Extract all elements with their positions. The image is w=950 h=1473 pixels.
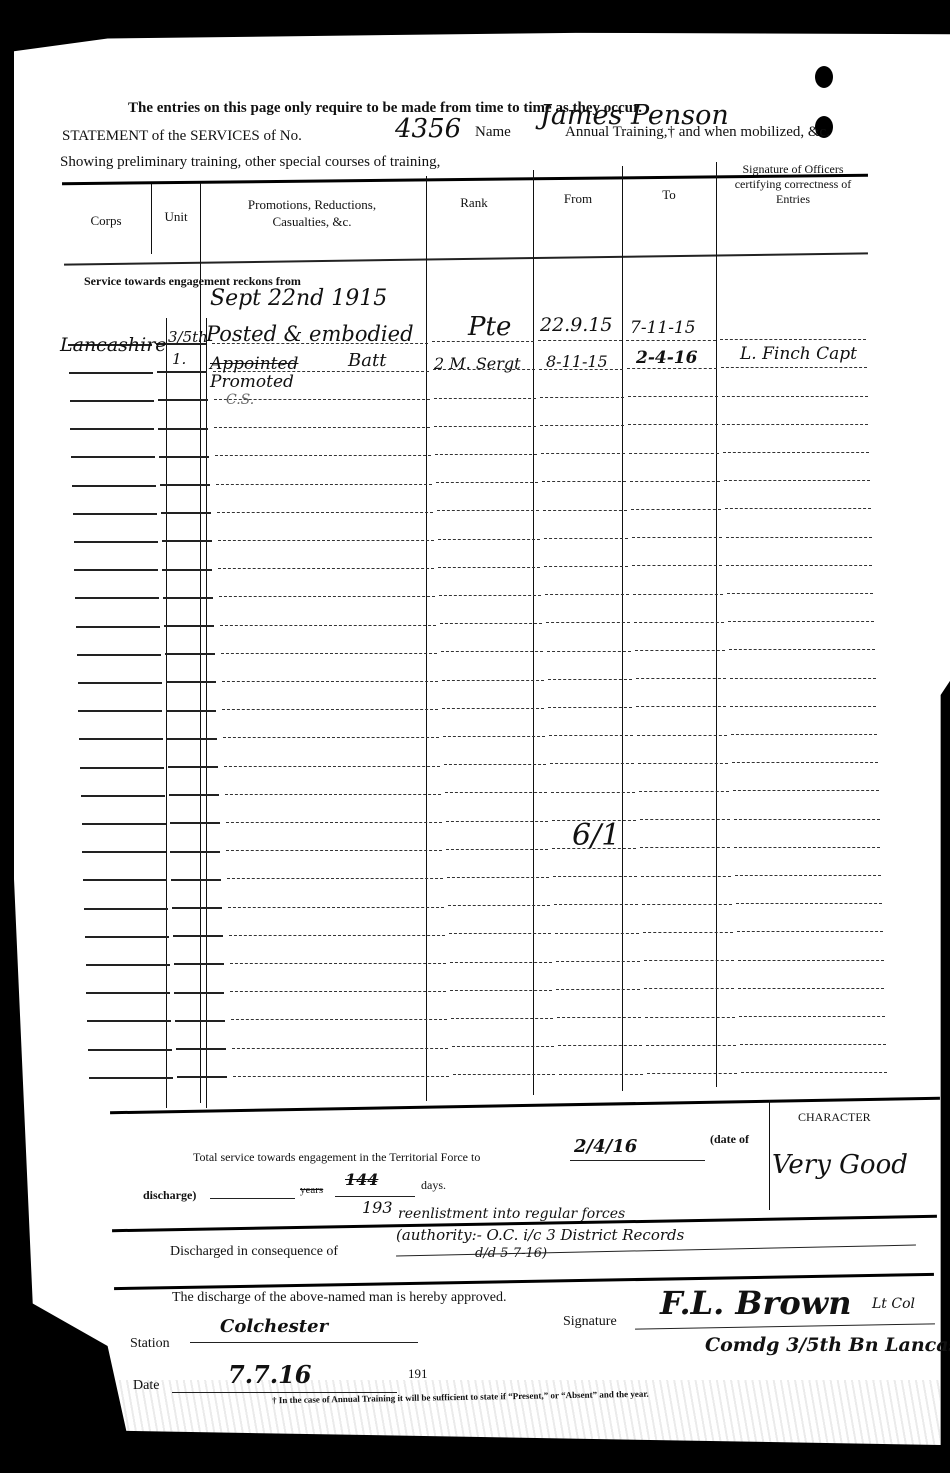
year-prefix: 191 [408, 1366, 428, 1382]
table-rule-line [165, 653, 215, 655]
character-value: Very Good [772, 1150, 908, 1180]
table-rule-line [639, 791, 729, 792]
table-rule-line [222, 709, 438, 710]
table-rule-line [214, 427, 430, 428]
signature-title: Comdg 3/5th Bn Lancashire [705, 1334, 950, 1356]
table-rule-line [444, 764, 546, 765]
date-of-label: (date of [710, 1132, 749, 1147]
table-rule-line [450, 990, 552, 991]
table-rule-line [735, 875, 881, 876]
table-rule-line [437, 510, 539, 511]
table-rule-line [89, 1077, 173, 1079]
table-rule-line [630, 481, 720, 482]
table-rule-line [217, 512, 433, 513]
row2-to: 2-4-16 [636, 348, 697, 368]
table-rule-line [227, 878, 443, 879]
table-rule-line [442, 708, 544, 709]
table-rule-line [627, 368, 717, 369]
table-rule-line [626, 340, 716, 341]
table-rule-line [177, 1076, 227, 1078]
table-rule-line [637, 735, 727, 736]
table-rule-line [559, 1074, 643, 1075]
table-rule-line [734, 847, 880, 848]
table-rule-line [549, 735, 633, 736]
table-rule-line [438, 567, 540, 568]
table-rule-line [727, 593, 873, 594]
total-service-date: 2/4/16 [574, 1136, 637, 1157]
table-rule-line [725, 508, 871, 509]
table-rule-line [73, 513, 157, 515]
table-rule-line [628, 424, 718, 425]
years-field [210, 1198, 295, 1199]
table-rule-line [555, 933, 639, 934]
table-rule-line [449, 933, 551, 934]
discharge-label: discharge) [143, 1188, 196, 1203]
signature-label: Signature [563, 1314, 617, 1330]
table-rule-line [724, 480, 870, 481]
table-rule-line [216, 484, 432, 485]
table-rule-line [164, 625, 214, 627]
table-rule-line [174, 992, 224, 994]
table-rule-line [729, 649, 875, 650]
table-rule-line [731, 734, 877, 735]
table-rule-line [440, 623, 542, 624]
table-rule-line [557, 1017, 641, 1018]
signature-value: F.L. Brown [660, 1284, 851, 1322]
table-rule-line [722, 396, 868, 397]
table-rule-line [636, 678, 726, 679]
table-rule-line [640, 847, 730, 848]
table-rule-line [174, 963, 224, 965]
table-rule-line [543, 510, 627, 511]
table-rule-line [175, 1020, 225, 1022]
table-rule-line [540, 397, 624, 398]
table-rule-line [723, 452, 869, 453]
table-rule-line [87, 1020, 171, 1022]
row1-rank: Pte [468, 312, 511, 342]
table-rule-line [167, 738, 217, 740]
table-rule-line [732, 762, 878, 763]
table-rule-line [168, 766, 218, 768]
table-rule-line [733, 790, 879, 791]
table-rule-line [721, 367, 867, 368]
table-rule-line [78, 710, 162, 712]
days-struck: 144 [345, 1170, 378, 1189]
table-rule-line [541, 453, 625, 454]
discharged-label: Discharged in consequence of [170, 1244, 338, 1260]
row1-from: 22.9.15 [540, 314, 613, 336]
table-rule-line [740, 1044, 886, 1045]
table-rule-line [88, 1049, 172, 1051]
table-rule-line [738, 960, 884, 961]
table-rule-line [220, 625, 436, 626]
date-label: Date [133, 1378, 159, 1394]
table-rule-line [225, 794, 441, 795]
table-rule-line [169, 794, 219, 796]
table-rule-line [230, 963, 446, 964]
table-rule-line [739, 1016, 885, 1017]
table-rule-line [218, 568, 434, 569]
table-rule-line [730, 678, 876, 679]
character-label: CHARACTER [798, 1110, 871, 1125]
name-label: Name [475, 124, 511, 141]
table-rule-line [86, 964, 170, 966]
table-rule-line [726, 565, 872, 566]
signature-rank: Lt Col [872, 1296, 915, 1312]
table-rule-line [171, 879, 221, 881]
table-rule-line [442, 680, 544, 681]
table-rule-line [644, 988, 734, 989]
col-header-to: To [624, 186, 714, 203]
table-rule-line [215, 455, 431, 456]
table-rule-line [221, 653, 437, 654]
years-label: years [300, 1184, 323, 1196]
table-rule-line [436, 482, 538, 483]
col-header-signature: Signature of Officers certifying correct… [718, 162, 868, 207]
row2-event-struck: Appointed [210, 354, 298, 374]
table-rule-line [445, 792, 547, 793]
table-rule-line [176, 1048, 226, 1050]
table-rule-line [69, 372, 153, 374]
table-rule-line [85, 936, 169, 938]
statement-suffix: Annual Training,† and when mobilized, &c… [565, 124, 830, 141]
table-rule-line [545, 594, 629, 595]
table-rule-line [558, 1045, 642, 1046]
table-rule-line [72, 485, 156, 487]
row2-event-note: C.S. [226, 392, 254, 408]
col-header-from: From [534, 190, 622, 207]
table-rule-line [83, 879, 167, 881]
total-service-date-field [570, 1160, 705, 1161]
row2-event-extra: Batt [348, 350, 386, 371]
table-rule-line [71, 456, 155, 458]
table-rule-line [553, 876, 637, 877]
table-rule-line [70, 400, 154, 402]
table-rule-line [633, 594, 723, 595]
table-rule-line [550, 763, 634, 764]
col-header-rank: Rank [426, 194, 522, 211]
reckons-date: Sept 22nd 1915 [210, 286, 387, 311]
table-rule-line [542, 481, 626, 482]
station-label: Station [130, 1336, 170, 1352]
table-rule-line [434, 426, 536, 427]
table-rule-line [222, 681, 438, 682]
table-rule-line [722, 424, 868, 425]
table-rule-line [439, 595, 541, 596]
table-rule-line [640, 819, 730, 820]
table-rule-line [443, 736, 545, 737]
table-rule-line [438, 539, 540, 540]
col-header-corps: Corps [62, 212, 150, 229]
table-rule-line [448, 905, 550, 906]
table-rule-line [226, 850, 442, 851]
table-rule-line [230, 991, 446, 992]
table-rule-line [551, 792, 635, 793]
table-rule-line [447, 877, 549, 878]
table-rule-line [645, 1017, 735, 1018]
table-rule-line [224, 766, 440, 767]
row2-rank: 2 M. Sergt [434, 354, 521, 373]
table-rule-line [641, 876, 731, 877]
table-rule-line [446, 821, 548, 822]
col-divider [151, 184, 152, 254]
table-rule-line [726, 537, 872, 538]
table-rule-line [233, 1076, 449, 1077]
approved-text: The discharge of the above-named man is … [172, 1290, 506, 1306]
row1-event: Posted & embodied [206, 322, 414, 346]
row2-unit: 1. [172, 350, 186, 368]
table-rule-line [74, 569, 158, 571]
statement-prefix: STATEMENT of the SERVICES of No. [62, 128, 302, 145]
table-rule-line [166, 681, 216, 683]
col-divider [166, 318, 167, 1108]
table-rule-line [434, 398, 536, 399]
table-rule-line [74, 541, 158, 543]
discharged-reason-line1: reenlistment into regular forces [398, 1206, 625, 1222]
table-rule-line [219, 596, 435, 597]
row2-from: 8-11-15 [546, 352, 608, 371]
table-rule-line [82, 851, 166, 853]
margin-mark: 6/1 [572, 818, 620, 853]
table-rule-line [158, 428, 208, 430]
col-divider [716, 162, 717, 1087]
row1-unit: 3/5th [168, 328, 208, 346]
table-rule-line [435, 454, 537, 455]
table-rule-line [730, 706, 876, 707]
days-value: 193 [362, 1198, 393, 1217]
table-rule-line [632, 537, 722, 538]
col-divider [206, 318, 207, 1108]
col-header-unit: Unit [152, 208, 200, 225]
table-rule-line [738, 988, 884, 989]
table-rule-line [223, 737, 439, 738]
row2-event: Promoted [210, 372, 294, 392]
table-rule-line [162, 569, 212, 571]
table-rule-line [728, 621, 874, 622]
table-rule-line [226, 822, 442, 823]
table-rule-line [70, 428, 154, 430]
station-field [190, 1342, 418, 1343]
table-rule-line [84, 908, 168, 910]
table-rule-line [157, 371, 207, 373]
table-rule-line [548, 707, 632, 708]
table-rule-line [78, 682, 162, 684]
character-divider [769, 1100, 770, 1210]
discharged-reason-line2: (authority:- O.C. i/c 3 District Records [396, 1226, 684, 1244]
table-rule-line [441, 651, 543, 652]
table-rule-line [544, 538, 628, 539]
table-rule-line [556, 961, 640, 962]
punch-hole [815, 66, 833, 88]
col-divider [533, 170, 534, 1095]
table-rule-line [544, 566, 628, 567]
table-rule-line [547, 651, 631, 652]
table-rule-line [453, 1074, 555, 1075]
table-rule-line [80, 767, 164, 769]
table-rule-line [634, 622, 724, 623]
table-rule-line [160, 484, 210, 486]
table-rule-line [647, 1073, 737, 1074]
table-rule-line [162, 540, 212, 542]
table-rule-line [228, 907, 444, 908]
table-rule-line [166, 710, 216, 712]
row1-to: 7-11-15 [630, 318, 696, 338]
table-rule-line [159, 456, 209, 458]
table-rule-line [450, 962, 552, 963]
service-number: 4356 [395, 114, 461, 144]
table-rule-line [538, 340, 622, 341]
table-rule-line [642, 904, 732, 905]
header-subtitle: Showing preliminary training, other spec… [60, 154, 440, 171]
table-rule-line [173, 935, 223, 937]
date-value: 7.7.16 [228, 1360, 312, 1389]
row1-corps: Lancashire [60, 334, 167, 356]
table-rule-line [158, 399, 208, 401]
table-rule-line [643, 932, 733, 933]
table-rule-line [75, 597, 159, 599]
table-rule-line [81, 795, 165, 797]
col-divider [622, 166, 623, 1091]
table-rule-line [82, 823, 166, 825]
table-rule-line [170, 822, 220, 824]
table-rule-line [638, 763, 728, 764]
table-rule-line [546, 622, 630, 623]
table-rule-line [172, 907, 222, 909]
table-rule-line [232, 1048, 448, 1049]
days-field [335, 1196, 415, 1197]
table-rule-line [452, 1046, 554, 1047]
table-rule-line [632, 565, 722, 566]
table-rule-line [229, 935, 445, 936]
table-rule-line [163, 597, 213, 599]
table-rule-line [636, 706, 726, 707]
table-rule-line [161, 512, 211, 514]
table-rule-line [86, 992, 170, 994]
table-rule-line [629, 453, 719, 454]
table-rule-line [631, 509, 721, 510]
table-rule-line [170, 851, 220, 853]
days-label: days. [421, 1178, 446, 1193]
row2-signature: L. Finch Capt [740, 344, 857, 364]
station-value: Colchester [220, 1316, 328, 1337]
table-rule-line [628, 396, 718, 397]
table-rule-line [635, 650, 725, 651]
table-rule-line [446, 849, 548, 850]
table-rule-line [451, 1018, 553, 1019]
table-rule-line [218, 540, 434, 541]
table-rule-line [736, 903, 882, 904]
table-rule-line [646, 1045, 736, 1046]
table-rule-line [741, 1072, 887, 1073]
table-rule-line [540, 425, 624, 426]
table-rule-line [231, 1019, 447, 1020]
table-rule-line [548, 679, 632, 680]
table-rule-line [556, 989, 640, 990]
table-rule-line [77, 654, 161, 656]
table-rule-line [734, 819, 880, 820]
total-service-label: Total service towards engagement in the … [193, 1150, 480, 1165]
table-rule-line [76, 626, 160, 628]
table-rule-line [554, 904, 638, 905]
table-rule-line [720, 339, 866, 340]
table-rule-line [644, 960, 734, 961]
col-header-promotions: Promotions, Reductions, Casualties, &c. [222, 196, 402, 230]
table-rule-line [737, 931, 883, 932]
table-rule-line [79, 738, 163, 740]
